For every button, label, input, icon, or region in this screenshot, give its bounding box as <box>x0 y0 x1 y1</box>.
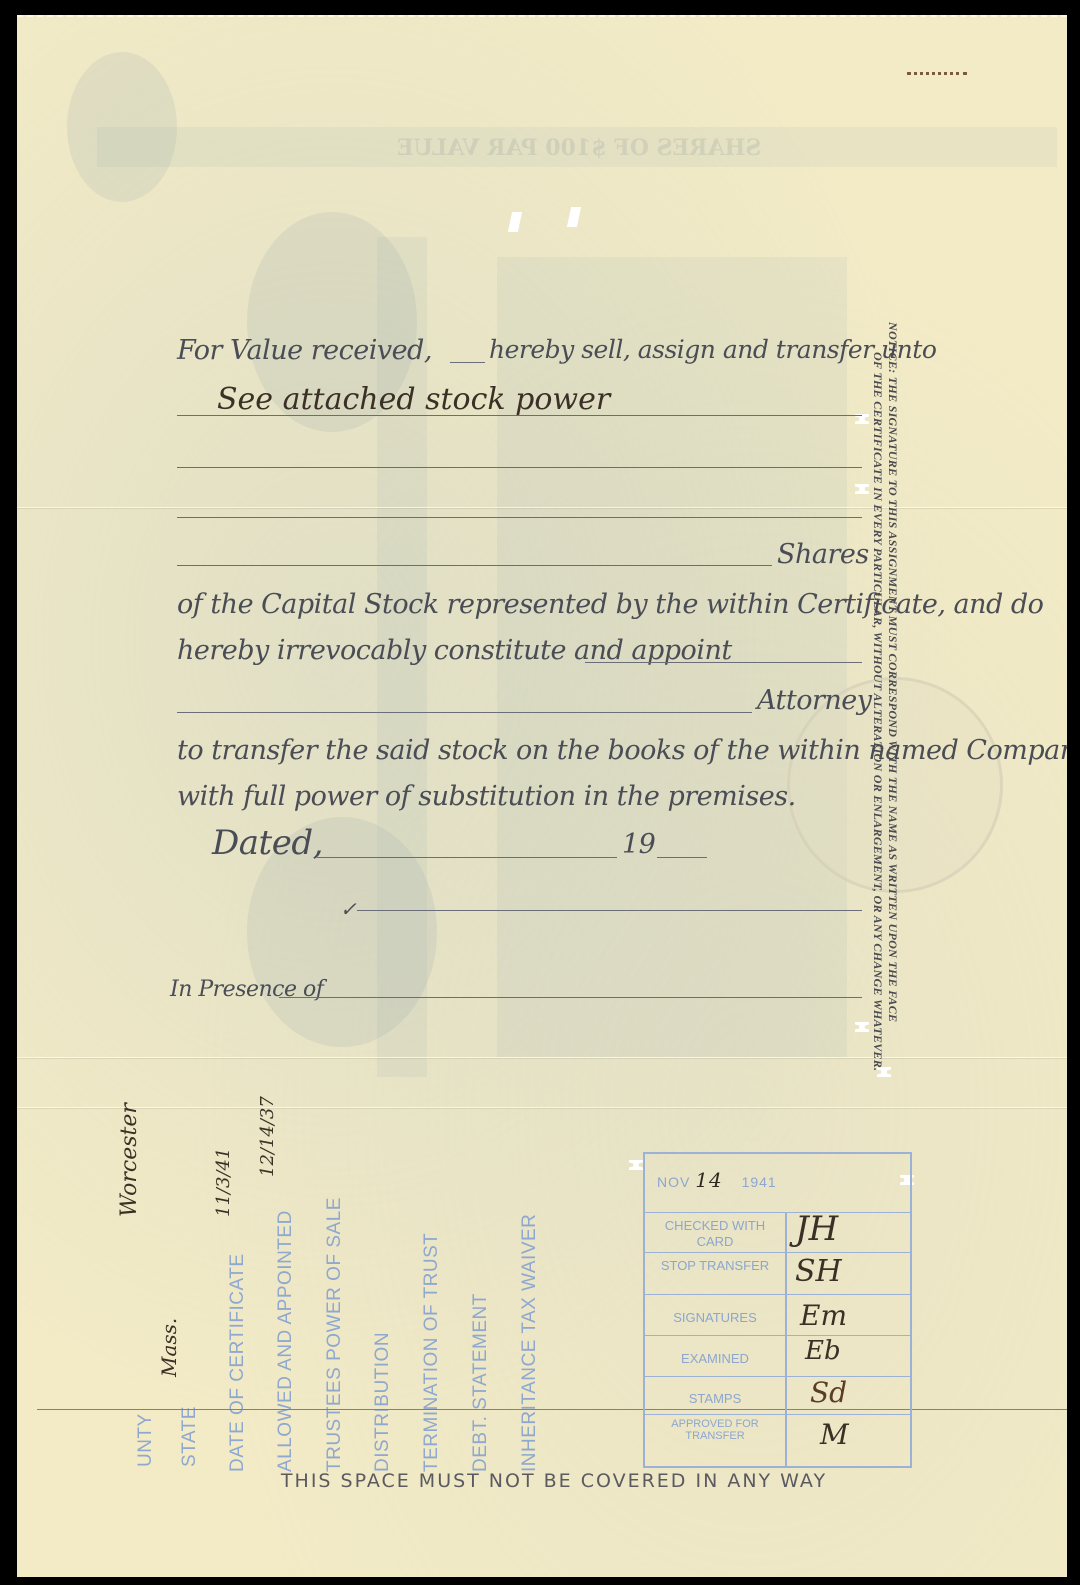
punch-slot <box>567 207 581 227</box>
stamps-label: STAMPS <box>645 1391 785 1407</box>
stamp-county-label: UNTY <box>135 1413 157 1467</box>
fold-crease <box>17 1107 1067 1108</box>
for-value-received-label: For Value received, <box>177 335 432 366</box>
handwritten-allowed-date: 12/14/37 <box>257 1096 278 1177</box>
shares-count-line[interactable] <box>177 565 772 566</box>
in-presence-of-label: In Presence of <box>170 977 323 1002</box>
initials-signatures: Em <box>800 1299 847 1332</box>
punch-hole <box>629 1160 643 1170</box>
fold-crease <box>17 507 1067 508</box>
witness-line[interactable] <box>279 997 862 998</box>
shares-label: Shares <box>777 539 869 570</box>
transfer-month: NOV <box>657 1174 690 1190</box>
handwritten-state: Mass. <box>157 1318 181 1377</box>
year-prefix: 19 <box>622 829 655 860</box>
stamp-trustees-power-label: TRUSTEES POWER OF SALE <box>324 1197 346 1472</box>
ghost-header-band <box>97 127 1057 167</box>
assignee-line-1[interactable] <box>177 415 862 416</box>
stamp-distribution-label: DISTRIBUTION <box>372 1332 394 1472</box>
notice-line-2: OF THE CERTIFICATE IN EVERY PARTICULAR, … <box>870 352 885 1071</box>
stamp-termination-trust-label: TERMINATION OF TRUST <box>421 1233 443 1472</box>
transfer-year: 1941 <box>742 1174 777 1190</box>
assignor-blank[interactable] <box>450 362 485 363</box>
ruled-line <box>37 1409 1067 1410</box>
signature-checkmark: ✓ <box>340 897 357 921</box>
date-line[interactable] <box>317 857 617 858</box>
stamp-debt-statement-label: DEBT. STATEMENT <box>470 1293 492 1472</box>
dated-label: Dated, <box>212 823 323 863</box>
transfer-day: 14 <box>695 1168 722 1192</box>
stop-transfer-label: STOP TRANSFER <box>645 1258 785 1274</box>
footer-warning: THIS SPACE MUST NOT BE COVERED IN ANY WA… <box>169 1470 939 1492</box>
signature-line[interactable] <box>357 910 862 911</box>
substitution-text: with full power of substitution in the p… <box>177 781 796 812</box>
box-divider <box>785 1213 787 1466</box>
checked-with-card-label: CHECKED WITH CARD <box>645 1218 785 1250</box>
stamp-state-label: STATE <box>179 1406 201 1467</box>
stamp-date-of-certificate-label: DATE OF CERTIFICATE <box>227 1253 249 1472</box>
punch-slot <box>508 212 522 232</box>
assignee-line-2[interactable] <box>177 467 862 468</box>
transfer-stamp-box: NOV 14 1941 CHECKED WITH CARD STOP TRANS… <box>643 1152 912 1468</box>
handwritten-county: Worcester <box>117 1103 142 1217</box>
stamp-inheritance-tax-label: INHERITANCE TAX WAIVER <box>519 1214 541 1472</box>
transfer-date-stamp: NOV 14 1941 <box>657 1168 777 1192</box>
transfer-text: to transfer the said stock on the books … <box>177 735 1067 766</box>
signatures-label: SIGNATURES <box>645 1310 785 1326</box>
initials-checked: JH <box>795 1209 838 1249</box>
stamp-allowed-appointed-label: ALLOWED AND APPOINTED <box>275 1210 297 1472</box>
initials-approved: M <box>820 1418 849 1451</box>
assignee-line-3[interactable] <box>177 517 862 518</box>
attorney-label: Attorney <box>757 685 872 716</box>
ghost-corner-ornament <box>67 52 177 202</box>
punch-hole <box>855 1022 869 1032</box>
initials-stamps: Sd <box>810 1376 847 1409</box>
initials-examined: Eb <box>805 1336 841 1366</box>
initials-stop-transfer: SH <box>795 1254 842 1289</box>
examined-label: EXAMINED <box>645 1351 785 1367</box>
attorney-name-line-2[interactable] <box>177 712 752 713</box>
punch-hole <box>855 484 869 494</box>
attorney-name-line-1[interactable] <box>585 662 862 663</box>
notice-line-1: NOTICE: THE SIGNATURE TO THIS ASSIGNMENT… <box>885 322 900 1022</box>
staple-marks <box>907 72 967 79</box>
approved-for-transfer-label: APPROVED FOR TRANSFER <box>645 1418 785 1442</box>
year-line[interactable] <box>657 857 707 858</box>
fold-crease <box>17 1057 1067 1058</box>
capital-stock-text: of the Capital Stock represented by the … <box>177 589 1043 620</box>
certificate-paper: SHARES OF $100 PAR VALUE For Value recei… <box>17 15 1067 1577</box>
handwritten-certificate-date: 11/3/41 <box>213 1148 234 1217</box>
handwritten-assignee: See attached stock power <box>217 382 610 417</box>
